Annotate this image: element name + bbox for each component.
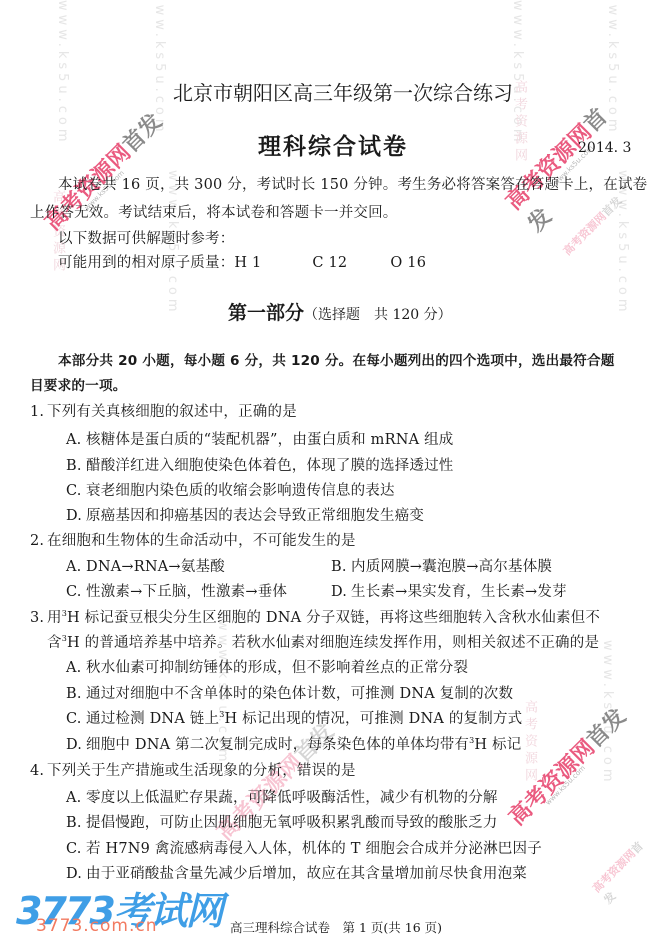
section-intro-line-2: 目要求的一项。 (30, 374, 127, 394)
section-title: 第一部分 (228, 302, 304, 324)
question-stem: 4.下列关于生产措施或生活现象的分析，错误的是 (30, 759, 356, 780)
url-watermark: www.ks5u.com (544, 764, 587, 807)
option-label: A. (66, 790, 86, 806)
option-b[interactable]: B.内质网膜→囊泡膜→高尔基体膜 (331, 555, 552, 576)
option-c[interactable]: C.衰老细胞内染色质的收缩会影响遗传信息的表达 (66, 479, 395, 500)
stem-text: H 的普通培养基中培养。若秋水仙素对细胞连续发挥作用，则相关叙述不正确的是 (67, 635, 599, 651)
option-label: B. (66, 815, 86, 831)
option-text: 细胞中 DNA 第二次复制完成时，每条染色体的单体均带有 (86, 737, 469, 753)
option-b[interactable]: B.通过对细胞中不含单体时的染色体计数，可推测 DNA 复制的次数 (66, 682, 513, 703)
option-label: C. (66, 483, 86, 499)
option-text: 若 H7N9 禽流感病毒侵入人体，机体的 T 细胞会合成并分泌淋巴因子 (86, 841, 542, 857)
section-heading: 第一部分（选择题 共 120 分） (228, 298, 452, 325)
option-c[interactable]: C.通过检测 DNA 链上3H 标记出现的情况，可推测 DNA 的复制方式 (66, 707, 522, 728)
option-text: H 标记出现的情况，可推测 DNA 的复制方式 (225, 711, 523, 727)
option-text: 原癌基因和抑癌基因的表达会导致正常细胞发生癌变 (86, 508, 424, 524)
question-stem: 2.在细胞和生物体的生命活动中，不可能发生的是 (30, 529, 356, 550)
reference-intro: 以下数据可供解题时参考： (58, 227, 234, 248)
vertical-url-watermark: www.ks5u.com (55, 0, 70, 146)
option-a[interactable]: A.DNA→RNA→氨基酸 (66, 555, 225, 576)
vertical-url-watermark: www.ks5u.com (605, 0, 620, 136)
option-text: 秋水仙素可抑制纺锤体的形成，但不影响着丝点的正常分裂 (86, 660, 468, 676)
vertical-url-watermark: 高考资源网 (520, 700, 539, 785)
question-number: 1. (30, 404, 47, 420)
atomic-mass-h: H 1 (234, 255, 312, 271)
option-text: 通过检测 DNA 链上 (86, 711, 219, 727)
atomic-mass-o: O 16 (390, 255, 426, 271)
question-stem-text: 在细胞和生物体的生命活动中，不可能发生的是 (47, 533, 356, 549)
stamp-watermark: 高考资源网首发 (589, 837, 660, 908)
question-number: 3. (30, 610, 47, 626)
stem-text: H 标记蚕豆根尖分生区细胞的 DNA 分子双链，再将这些细胞转入含秋水仙素但不 (67, 610, 600, 626)
stem-text: 用 (47, 610, 62, 626)
atomic-mass-row: 可能用到的相对原子质量：H 1C 12O 16 (58, 251, 426, 272)
option-text: 生长素→果实发育，生长素→发芽 (351, 584, 567, 600)
option-label: A. (66, 660, 86, 676)
option-c[interactable]: C.若 H7N9 禽流感病毒侵入人体，机体的 T 细胞会合成并分泌淋巴因子 (66, 837, 542, 858)
option-text: 通过对细胞中不含单体时的染色体计数，可推测 DNA 复制的次数 (86, 686, 513, 702)
vertical-url-watermark: www.ks5u.com (510, 0, 525, 146)
question-stem: 3.用3H 标记蚕豆根尖分生区细胞的 DNA 分子双链，再将这些细胞转入含秋水仙… (30, 606, 600, 627)
question-number: 2. (30, 533, 47, 549)
option-text: 醋酸洋红进入细胞使染色体着色，体现了膜的选择透过性 (86, 458, 454, 474)
question-stem: 1.下列有关真核细胞的叙述中，正确的是 (30, 400, 297, 421)
option-text: 零度以上低温贮存果蔬，可降低呼吸酶活性，减少有机物的分解 (86, 790, 498, 806)
instructions-line-1: 本试卷共 16 页，共 300 分，考试时长 150 分钟。考生务必将答案答在答… (58, 173, 647, 194)
option-text: 衰老细胞内染色质的收缩会影响遗传信息的表达 (86, 483, 395, 499)
option-text: H 标记 (474, 737, 521, 753)
instructions-line-2: 上作答无效。考试结束后，将本试卷和答题卡一并交回。 (30, 201, 398, 222)
atomic-mass-label: 可能用到的相对原子质量： (58, 255, 234, 271)
atomic-mass-c: C 12 (312, 255, 390, 271)
option-c[interactable]: C.性激素→下丘脑，性激素→垂体 (66, 580, 287, 601)
vertical-url-watermark: www.ks5u.com (600, 640, 615, 786)
question-stem-text: 下列有关真核细胞的叙述中，正确的是 (47, 404, 297, 420)
option-a[interactable]: A.零度以上低温贮存果蔬，可降低呼吸酶活性，减少有机物的分解 (66, 786, 498, 807)
option-b[interactable]: B.提倡慢跑，可防止因肌细胞无氧呼吸积累乳酸而导致的酸胀乏力 (66, 811, 498, 832)
option-label: B. (66, 458, 86, 474)
option-label: A. (66, 559, 86, 575)
option-label: D. (331, 584, 351, 600)
site-logo-url: 3773.com.cn (36, 916, 158, 936)
option-label: C. (66, 711, 86, 727)
option-label: B. (331, 559, 351, 575)
option-text: DNA→RNA→氨基酸 (86, 559, 225, 575)
stem-text: 含 (47, 635, 62, 651)
exam-title: 北京市朝阳区高三年级第一次综合练习 (173, 77, 513, 106)
option-label: B. (66, 686, 86, 702)
option-d[interactable]: D.生长素→果实发育，生长素→发芽 (331, 580, 567, 601)
option-label: C. (66, 584, 86, 600)
option-text: 核糖体是蛋白质的“装配机器”，由蛋白质和 mRNA 组成 (86, 432, 453, 448)
option-text: 提倡慢跑，可防止因肌细胞无氧呼吸积累乳酸而导致的酸胀乏力 (86, 815, 498, 831)
paper-title: 理科综合试卷 (258, 128, 408, 161)
exam-date: 2014. 3 (578, 140, 631, 156)
option-d[interactable]: D.原癌基因和抑癌基因的表达会导致正常细胞发生癌变 (66, 504, 424, 525)
question-stem-text: 下列关于生产措施或生活现象的分析，错误的是 (47, 763, 356, 779)
option-label: C. (66, 841, 86, 857)
option-a[interactable]: A.秋水仙素可抑制纺锤体的形成，但不影响着丝点的正常分裂 (66, 656, 468, 677)
option-text: 内质网膜→囊泡膜→高尔基体膜 (351, 559, 552, 575)
option-label: D. (66, 508, 86, 524)
option-text: 性激素→下丘脑，性激素→垂体 (86, 584, 287, 600)
question-stem-line-2: 含3H 的普通培养基中培养。若秋水仙素对细胞连续发挥作用，则相关叙述不正确的是 (47, 631, 599, 652)
stamp-watermark: 高考资源网首发 (498, 89, 646, 237)
option-b[interactable]: B.醋酸洋红进入细胞使染色体着色，体现了膜的选择透过性 (66, 454, 454, 475)
stamp-watermark: 高考资源网首发 (559, 193, 625, 259)
option-d[interactable]: D.细胞中 DNA 第二次复制完成时，每条染色体的单体均带有3H 标记 (66, 733, 521, 754)
question-number: 4. (30, 763, 47, 779)
section-subtitle: （选择题 共 120 分） (304, 307, 452, 323)
option-label: A. (66, 432, 86, 448)
option-a[interactable]: A.核糖体是蛋白质的“装配机器”，由蛋白质和 mRNA 组成 (66, 428, 453, 449)
option-label: D. (66, 737, 86, 753)
page-footer: 高三理科综合试卷 第 1 页(共 16 页) (230, 918, 442, 936)
section-intro-line-1: 本部分共 20 小题，每小题 6 分，共 120 分。在每小题列出的四个选项中，… (58, 349, 615, 369)
vertical-url-watermark: www.ks5u.com (152, 0, 167, 136)
